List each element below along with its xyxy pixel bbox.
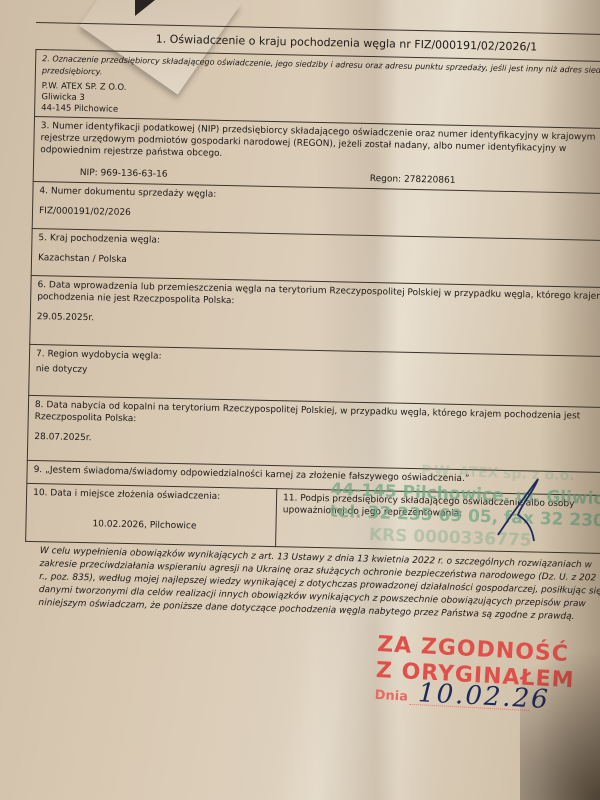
company-stamp: P.W. ATEX sp. z o.o. 44-145 Pilchowice, … [329, 457, 600, 556]
stamp-date-label: Dnia [374, 688, 408, 705]
stamp-date-line: 10.02.26 [410, 688, 531, 711]
certified-copy-stamp: ZA ZGODNOŚĆ Z ORYGINAŁEM Dnia 10.02.26 [374, 632, 576, 713]
section-3-ids: 3. Numer identyfikacji podatkowej (NIP) … [33, 117, 600, 194]
section-5-value: Kazachstan / Polska [38, 252, 600, 276]
section-10-value: 10.02.2026, Pilchowice [92, 518, 269, 534]
regon-number: Regon: 278220861 [370, 173, 456, 187]
section-10-label: 10. Data i miejsce złożenia oświadczenia… [33, 487, 270, 504]
stamp-date-row: Dnia 10.02.26 [374, 686, 573, 713]
section-6-value: 29.05.2025r. [37, 311, 600, 335]
section-2-company: 2. Oznaczenie przedsiębiorcy składająceg… [34, 50, 600, 129]
handwritten-date: 10.02.26 [417, 678, 550, 715]
nip-number: NIP: 969-136-63-16 [80, 167, 370, 185]
legal-statement: W celu wypełnienia obowiązków wynikający… [38, 545, 600, 625]
handwritten-signature [496, 475, 546, 545]
section-8-value: 28.07.2025r. [34, 431, 600, 455]
section-8-purchase-date: 8. Data nabycia od kopalni na terytorium… [27, 396, 600, 473]
section-10-date-place: 10. Data i miejsce złożenia oświadczenia… [25, 484, 276, 547]
section-6-import-date: 6. Data wprowadzenia lub przemieszczenia… [29, 276, 600, 357]
section-3-label: 3. Numer identyfikacji podatkowej (NIP) … [40, 120, 600, 168]
section-4-value: FIZ/000191/02/2026 [39, 205, 600, 229]
